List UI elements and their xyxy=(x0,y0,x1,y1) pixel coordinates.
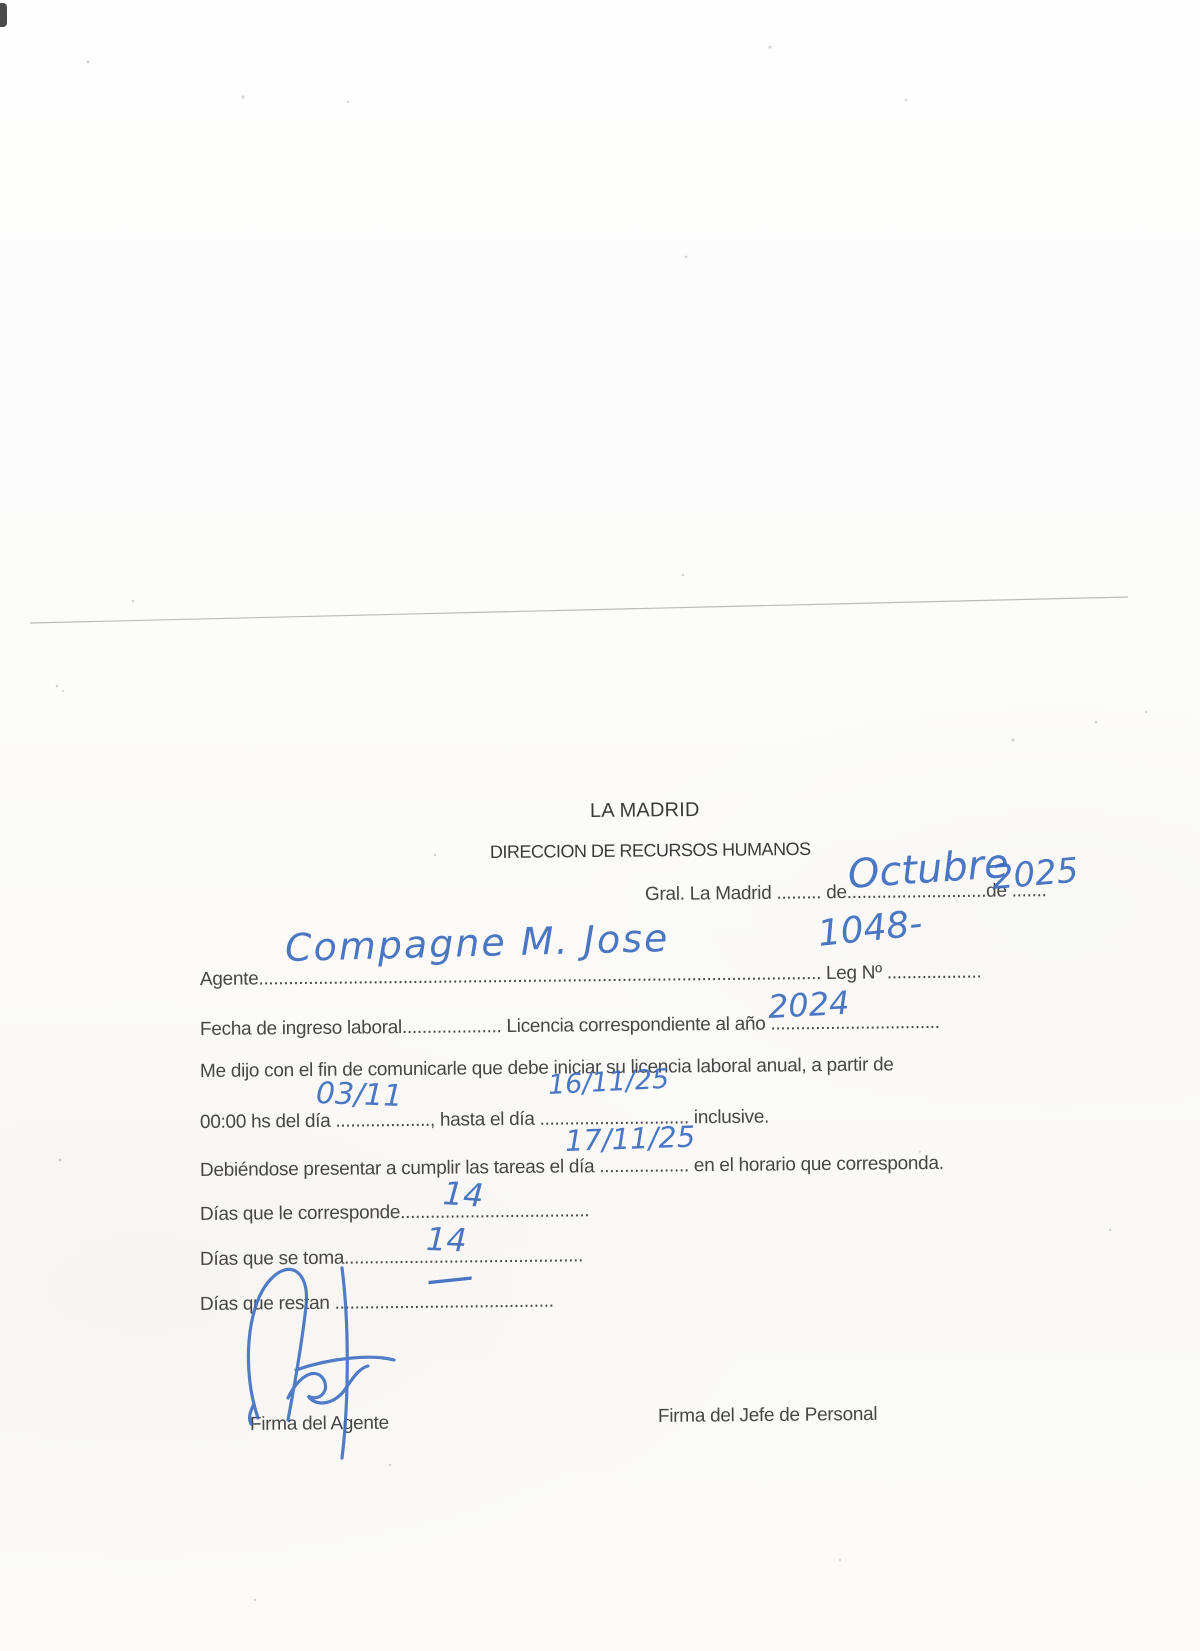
scan-speckles xyxy=(56,46,1147,1602)
firma-jefe-label: Firma del Jefe de Personal xyxy=(658,1404,877,1428)
agent-signature-scribble xyxy=(0,0,1200,1651)
handwritten-dias-corresponde: 14 xyxy=(442,1174,485,1215)
handwritten-dias-restan-dash: — xyxy=(423,1247,477,1308)
handwritten-end-date: 16/11/25 xyxy=(547,1064,670,1101)
handwritten-agent-name: Compagne M. Jose xyxy=(284,916,669,970)
dias-restan-line: Días que restan ........................… xyxy=(200,1291,554,1316)
scan-corner-artifact xyxy=(0,3,7,27)
handwritten-licencia-year: 2024 xyxy=(767,984,850,1026)
dias-toma-line: Días que se toma........................… xyxy=(200,1245,583,1271)
handwritten-start-date: 03/11 xyxy=(315,1076,403,1114)
page-title: LA MADRID xyxy=(590,799,700,823)
firma-agente-label: Firma del Agente xyxy=(250,1413,389,1436)
dias-corresponde-line: Días que le corresponde.................… xyxy=(200,1200,590,1226)
handwritten-return-date: 17/11/25 xyxy=(564,1119,695,1158)
scanned-document-page: LA MADRID DIRECCION DE RECURSOS HUMANOS … xyxy=(0,0,1200,1651)
handwritten-leg-number: 1048- xyxy=(816,903,924,955)
handwritten-year: 2025 xyxy=(990,851,1080,898)
page-subtitle: DIRECCION DE RECURSOS HUMANOS xyxy=(490,839,811,863)
paper-edge-line xyxy=(30,597,1128,623)
scan-artifacts xyxy=(0,0,1200,1651)
